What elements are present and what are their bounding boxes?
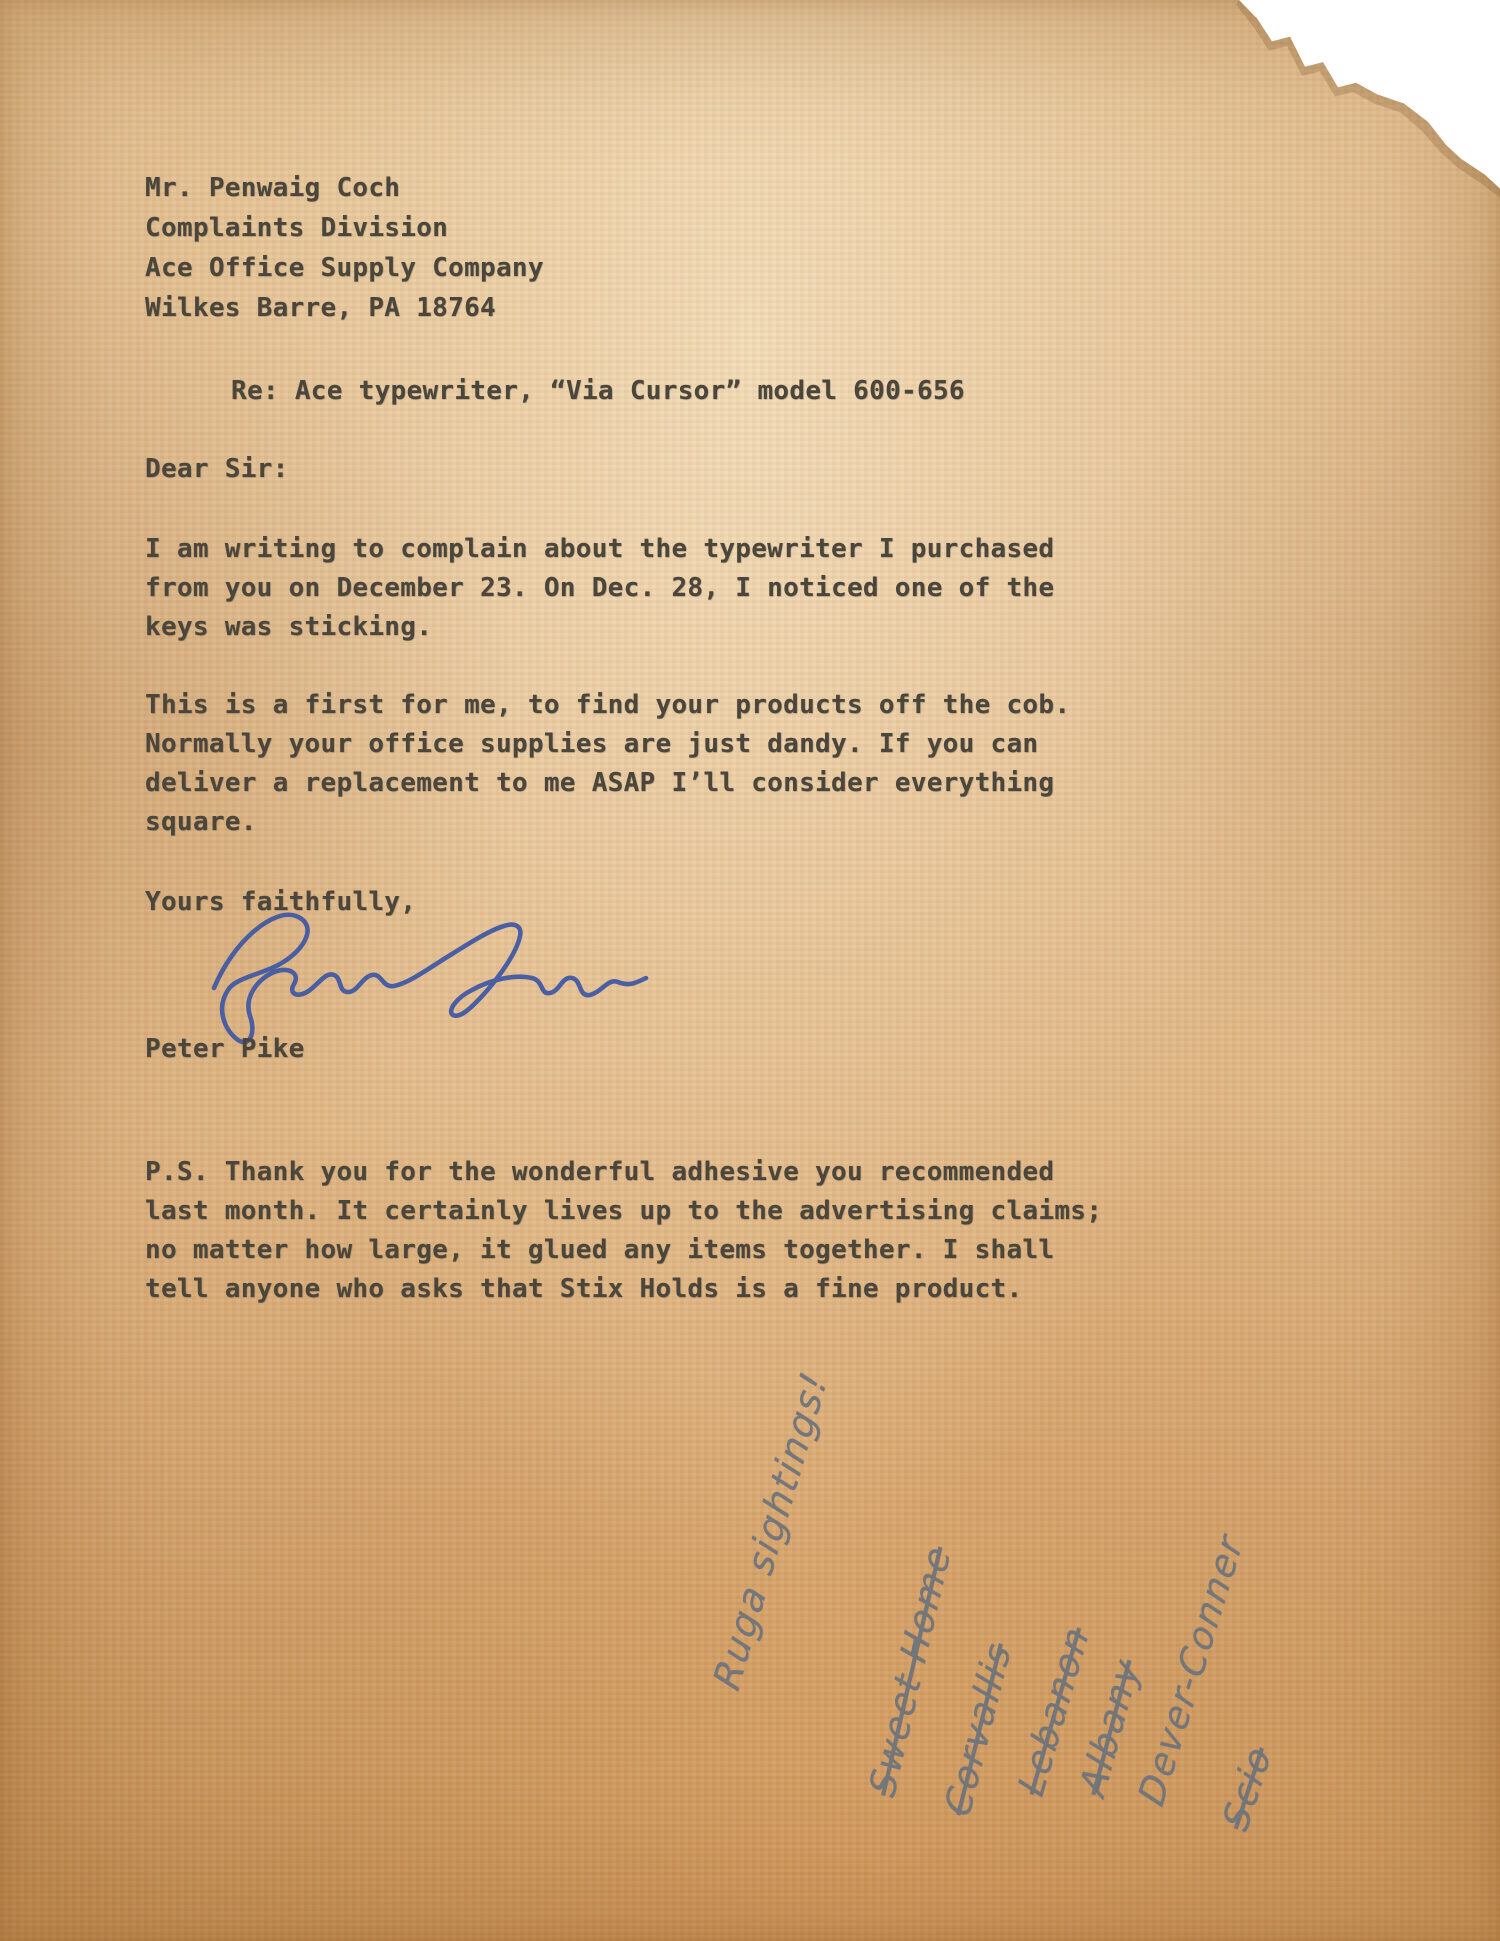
subject-line: Re: Ace typewriter, “Via Cursor” model 6… xyxy=(231,372,965,411)
salutation: Dear Sir: xyxy=(145,450,289,489)
postscript: P.S. Thank you for the wonderful adhesiv… xyxy=(145,1153,1102,1309)
body-paragraph-1: I am writing to complain about the typew… xyxy=(145,530,1054,647)
body-paragraph-2: This is a first for me, to find your pro… xyxy=(145,686,1070,842)
recipient-address: Mr. Penwaig Coch Complaints Division Ace… xyxy=(145,168,544,328)
letter-page: Mr. Penwaig Coch Complaints Division Ace… xyxy=(0,0,1500,1941)
typed-signature-name: Peter Pike xyxy=(145,1030,305,1069)
